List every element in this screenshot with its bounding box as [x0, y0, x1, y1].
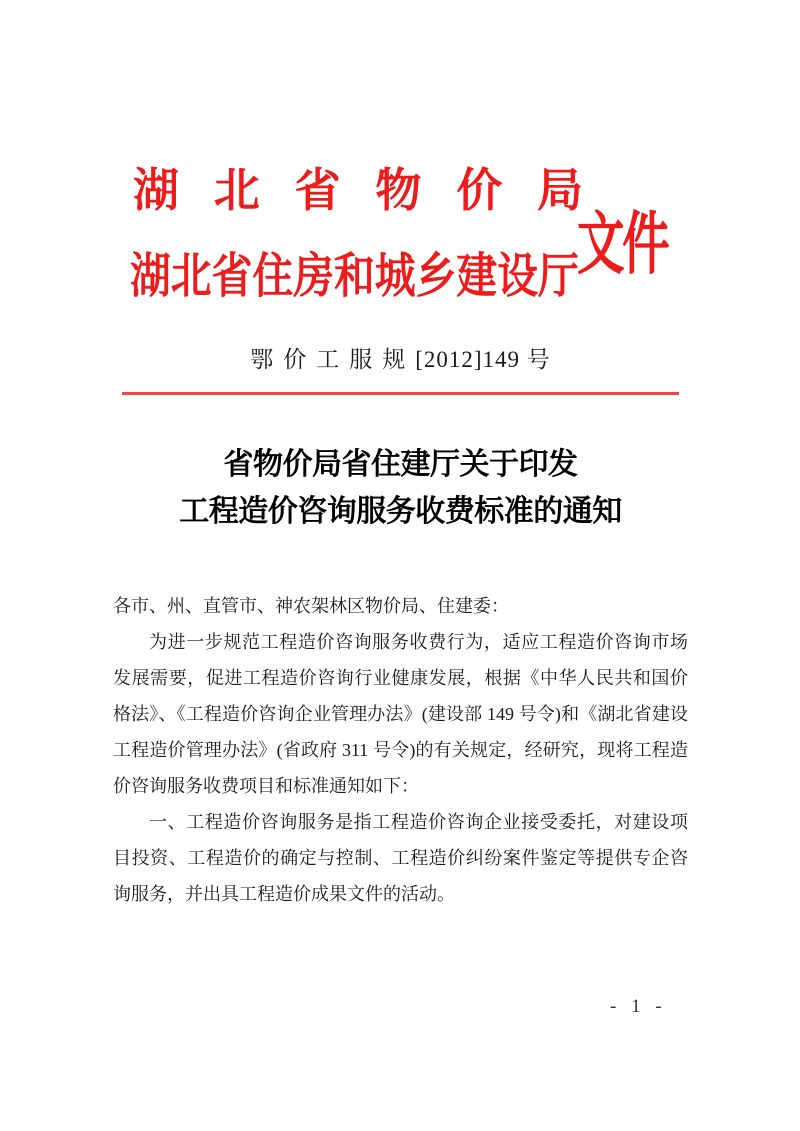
- document-type-label: 文件: [577, 211, 667, 279]
- document-body: 各市、州、直管市、神农架林区物价局、住建委： 为进一步规范工程造价咨询服务收费行…: [113, 588, 688, 912]
- document-title-line1: 省物价局省住建厅关于印发: [113, 441, 688, 488]
- page-number: - 1 -: [610, 996, 667, 1018]
- agency-name-line1: 湖北省物价局: [133, 167, 583, 215]
- salutation-line: 各市、州、直管市、神农架林区物价局、住建委：: [113, 588, 688, 624]
- document-title-line2: 工程造价咨询服务收费标准的通知: [113, 488, 688, 535]
- document-number-agency-code: 鄂价工服规: [250, 347, 415, 372]
- document-page: 湖北省物价局 湖北省住房和城乡建设厅 文件 鄂价工服规[2012]149 号 省…: [0, 0, 800, 1131]
- document-title: 省物价局省住建厅关于印发 工程造价咨询服务收费标准的通知: [113, 441, 688, 535]
- agency-name-line2: 湖北省住房和城乡建设厅: [130, 252, 579, 302]
- red-divider-line: [122, 392, 679, 395]
- document-number: 鄂价工服规[2012]149 号: [113, 341, 688, 374]
- body-paragraph-2: 一、工程造价咨询服务是指工程造价咨询企业接受委托，对建设项目投资、工程造价的确定…: [113, 804, 688, 912]
- body-paragraph-1: 为进一步规范工程造价咨询服务收费行为，适应工程造价咨询市场发展需要，促进工程造价…: [113, 624, 688, 804]
- document-number-year-serial: [2012]149 号: [415, 347, 551, 372]
